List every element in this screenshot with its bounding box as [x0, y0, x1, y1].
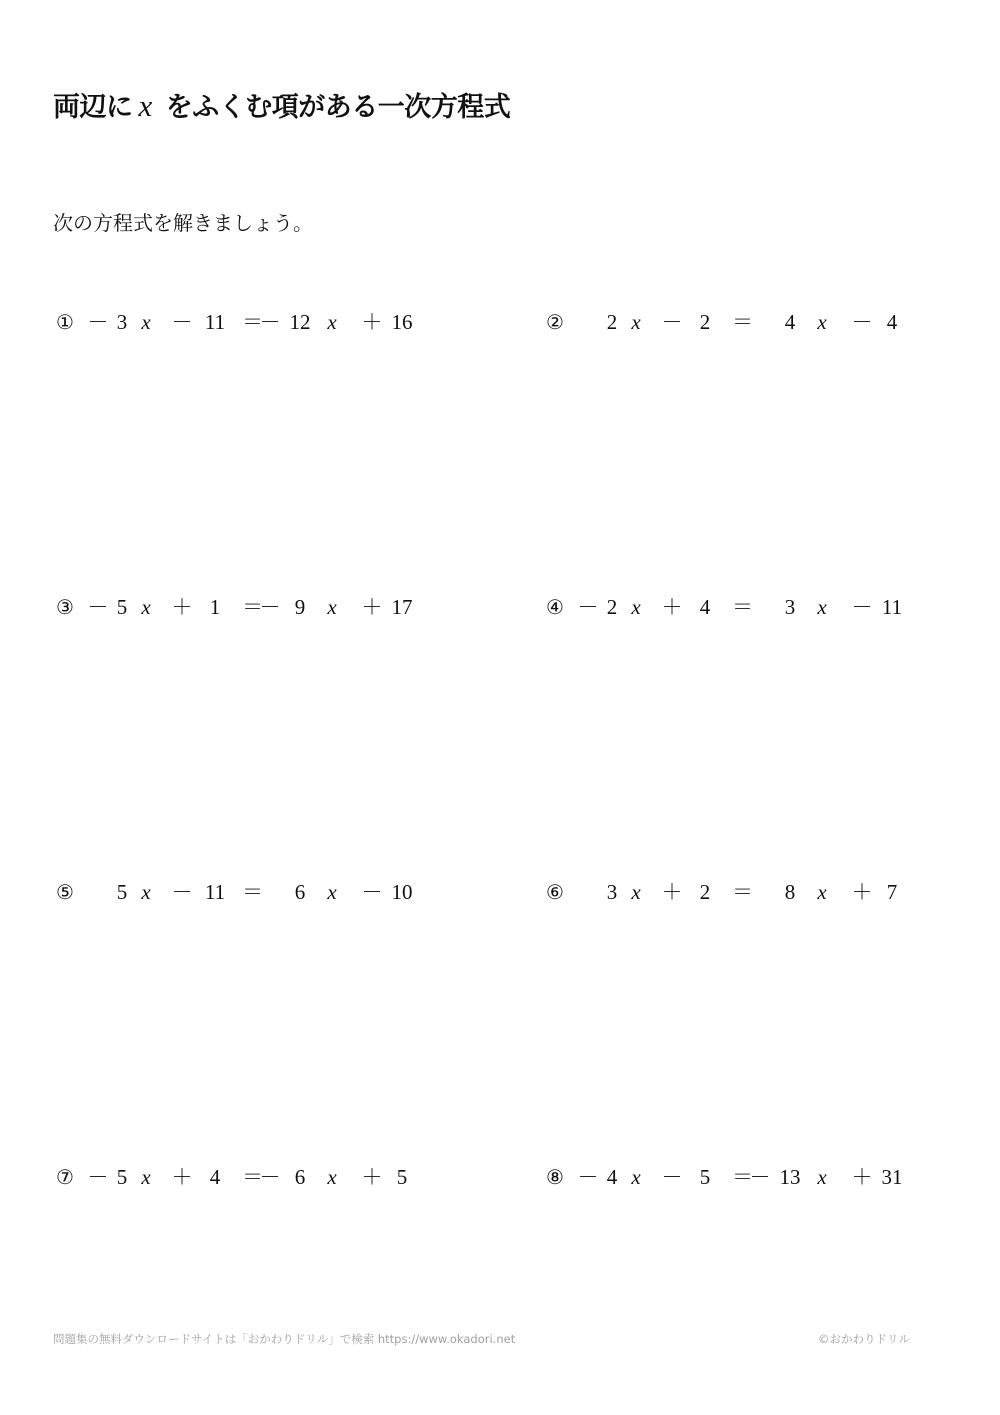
rhs-operator: ＋: [361, 1162, 383, 1192]
lhs-variable: x: [139, 1162, 153, 1192]
lhs-variable: x: [629, 877, 643, 907]
equals-sign: ＝: [242, 307, 258, 337]
lhs-constant: 11: [203, 307, 227, 337]
rhs-constant: 4: [879, 307, 905, 337]
equals-sign: ＝: [732, 877, 748, 907]
rhs-operator: ＋: [361, 307, 383, 337]
rhs-coefficient: 13: [777, 1162, 803, 1192]
title-variable: x: [139, 88, 152, 123]
rhs-operator: ＋: [361, 592, 383, 622]
problem-number: ⑤: [53, 877, 77, 907]
equals-sign: ＝: [242, 1162, 258, 1192]
rhs-variable: x: [815, 307, 829, 337]
problem-number: ①: [53, 307, 77, 337]
lhs-coefficient: 5: [111, 592, 133, 622]
rhs-coefficient: 3: [777, 592, 803, 622]
lhs-operator: ＋: [171, 1162, 193, 1192]
lhs-variable: x: [139, 592, 153, 622]
problem-number: ⑦: [53, 1162, 77, 1192]
lhs-variable: x: [629, 592, 643, 622]
equals-sign: ＝: [242, 877, 258, 907]
lhs-operator: ＋: [661, 592, 683, 622]
page-title: 両辺にxをふくむ項がある一次方程式: [53, 86, 510, 128]
rhs-variable: x: [815, 592, 829, 622]
footer-site-text: 問題集の無料ダウンロードサイトは「おかわりドリル」で検索 https://www…: [53, 1330, 515, 1348]
problem-4: ④ － 2 x ＋ 4 ＝ 3 x － 11: [543, 592, 963, 622]
rhs-constant: 31: [879, 1162, 905, 1192]
rhs-operator: －: [361, 877, 383, 907]
instruction-text: 次の方程式を解きましょう。: [53, 208, 313, 238]
lhs-constant: 2: [693, 307, 717, 337]
lhs-constant: 4: [203, 1162, 227, 1192]
rhs-variable: x: [325, 877, 339, 907]
problem-2: ② 2 x － 2 ＝ 4 x － 4: [543, 307, 963, 337]
lhs-operator: ＋: [171, 592, 193, 622]
lhs-coefficient: 5: [111, 1162, 133, 1192]
equals-sign: ＝: [732, 592, 748, 622]
lhs-operator: －: [661, 1162, 683, 1192]
rhs-operator: ＋: [851, 1162, 873, 1192]
rhs-sign: －: [259, 1162, 281, 1192]
problem-7: ⑦ － 5 x ＋ 4 ＝ － 6 x ＋ 5: [53, 1162, 473, 1192]
lhs-variable: x: [139, 307, 153, 337]
problem-5: ⑤ 5 x － 11 ＝ 6 x － 10: [53, 877, 473, 907]
lhs-operator: －: [171, 307, 193, 337]
lhs-sign: －: [87, 307, 109, 337]
lhs-variable: x: [139, 877, 153, 907]
lhs-coefficient: 5: [111, 877, 133, 907]
problem-6: ⑥ 3 x ＋ 2 ＝ 8 x ＋ 7: [543, 877, 963, 907]
problem-number: ②: [543, 307, 567, 337]
lhs-variable: x: [629, 1162, 643, 1192]
rhs-coefficient: 9: [287, 592, 313, 622]
lhs-coefficient: 3: [601, 877, 623, 907]
rhs-coefficient: 8: [777, 877, 803, 907]
problem-8: ⑧ － 4 x － 5 ＝ － 13 x ＋ 31: [543, 1162, 963, 1192]
problem-3: ③ － 5 x ＋ 1 ＝ － 9 x ＋ 17: [53, 592, 473, 622]
problem-number: ⑥: [543, 877, 567, 907]
rhs-constant: 7: [879, 877, 905, 907]
rhs-variable: x: [325, 592, 339, 622]
rhs-coefficient: 4: [777, 307, 803, 337]
rhs-variable: x: [325, 307, 339, 337]
rhs-coefficient: 6: [287, 1162, 313, 1192]
footer-copyright: ©おかわりドリル: [818, 1330, 910, 1348]
lhs-coefficient: 4: [601, 1162, 623, 1192]
lhs-sign: －: [87, 1162, 109, 1192]
rhs-variable: x: [815, 877, 829, 907]
rhs-variable: x: [815, 1162, 829, 1192]
lhs-sign: －: [87, 592, 109, 622]
problem-1: ① － 3 x － 11 ＝ － 12 x ＋ 16: [53, 307, 473, 337]
rhs-sign: －: [749, 1162, 771, 1192]
rhs-constant: 11: [879, 592, 905, 622]
lhs-sign: －: [577, 592, 599, 622]
problem-number: ③: [53, 592, 77, 622]
equals-sign: ＝: [732, 307, 748, 337]
lhs-sign: －: [577, 1162, 599, 1192]
lhs-constant: 1: [203, 592, 227, 622]
equals-sign: ＝: [242, 592, 258, 622]
title-prefix: 両辺に: [53, 92, 133, 123]
rhs-sign: －: [259, 307, 281, 337]
lhs-operator: ＋: [661, 877, 683, 907]
equals-sign: ＝: [732, 1162, 748, 1192]
lhs-operator: －: [171, 877, 193, 907]
rhs-operator: －: [851, 592, 873, 622]
title-suffix: をふくむ項がある一次方程式: [166, 92, 511, 123]
rhs-constant: 10: [389, 877, 415, 907]
problem-number: ⑧: [543, 1162, 567, 1192]
lhs-coefficient: 2: [601, 592, 623, 622]
lhs-coefficient: 3: [111, 307, 133, 337]
lhs-coefficient: 2: [601, 307, 623, 337]
rhs-coefficient: 6: [287, 877, 313, 907]
rhs-sign: －: [259, 592, 281, 622]
lhs-constant: 4: [693, 592, 717, 622]
lhs-variable: x: [629, 307, 643, 337]
rhs-operator: －: [851, 307, 873, 337]
rhs-operator: ＋: [851, 877, 873, 907]
rhs-constant: 5: [389, 1162, 415, 1192]
lhs-constant: 5: [693, 1162, 717, 1192]
rhs-coefficient: 12: [287, 307, 313, 337]
rhs-constant: 16: [389, 307, 415, 337]
lhs-constant: 11: [203, 877, 227, 907]
lhs-operator: －: [661, 307, 683, 337]
lhs-constant: 2: [693, 877, 717, 907]
problem-number: ④: [543, 592, 567, 622]
rhs-variable: x: [325, 1162, 339, 1192]
rhs-constant: 17: [389, 592, 415, 622]
